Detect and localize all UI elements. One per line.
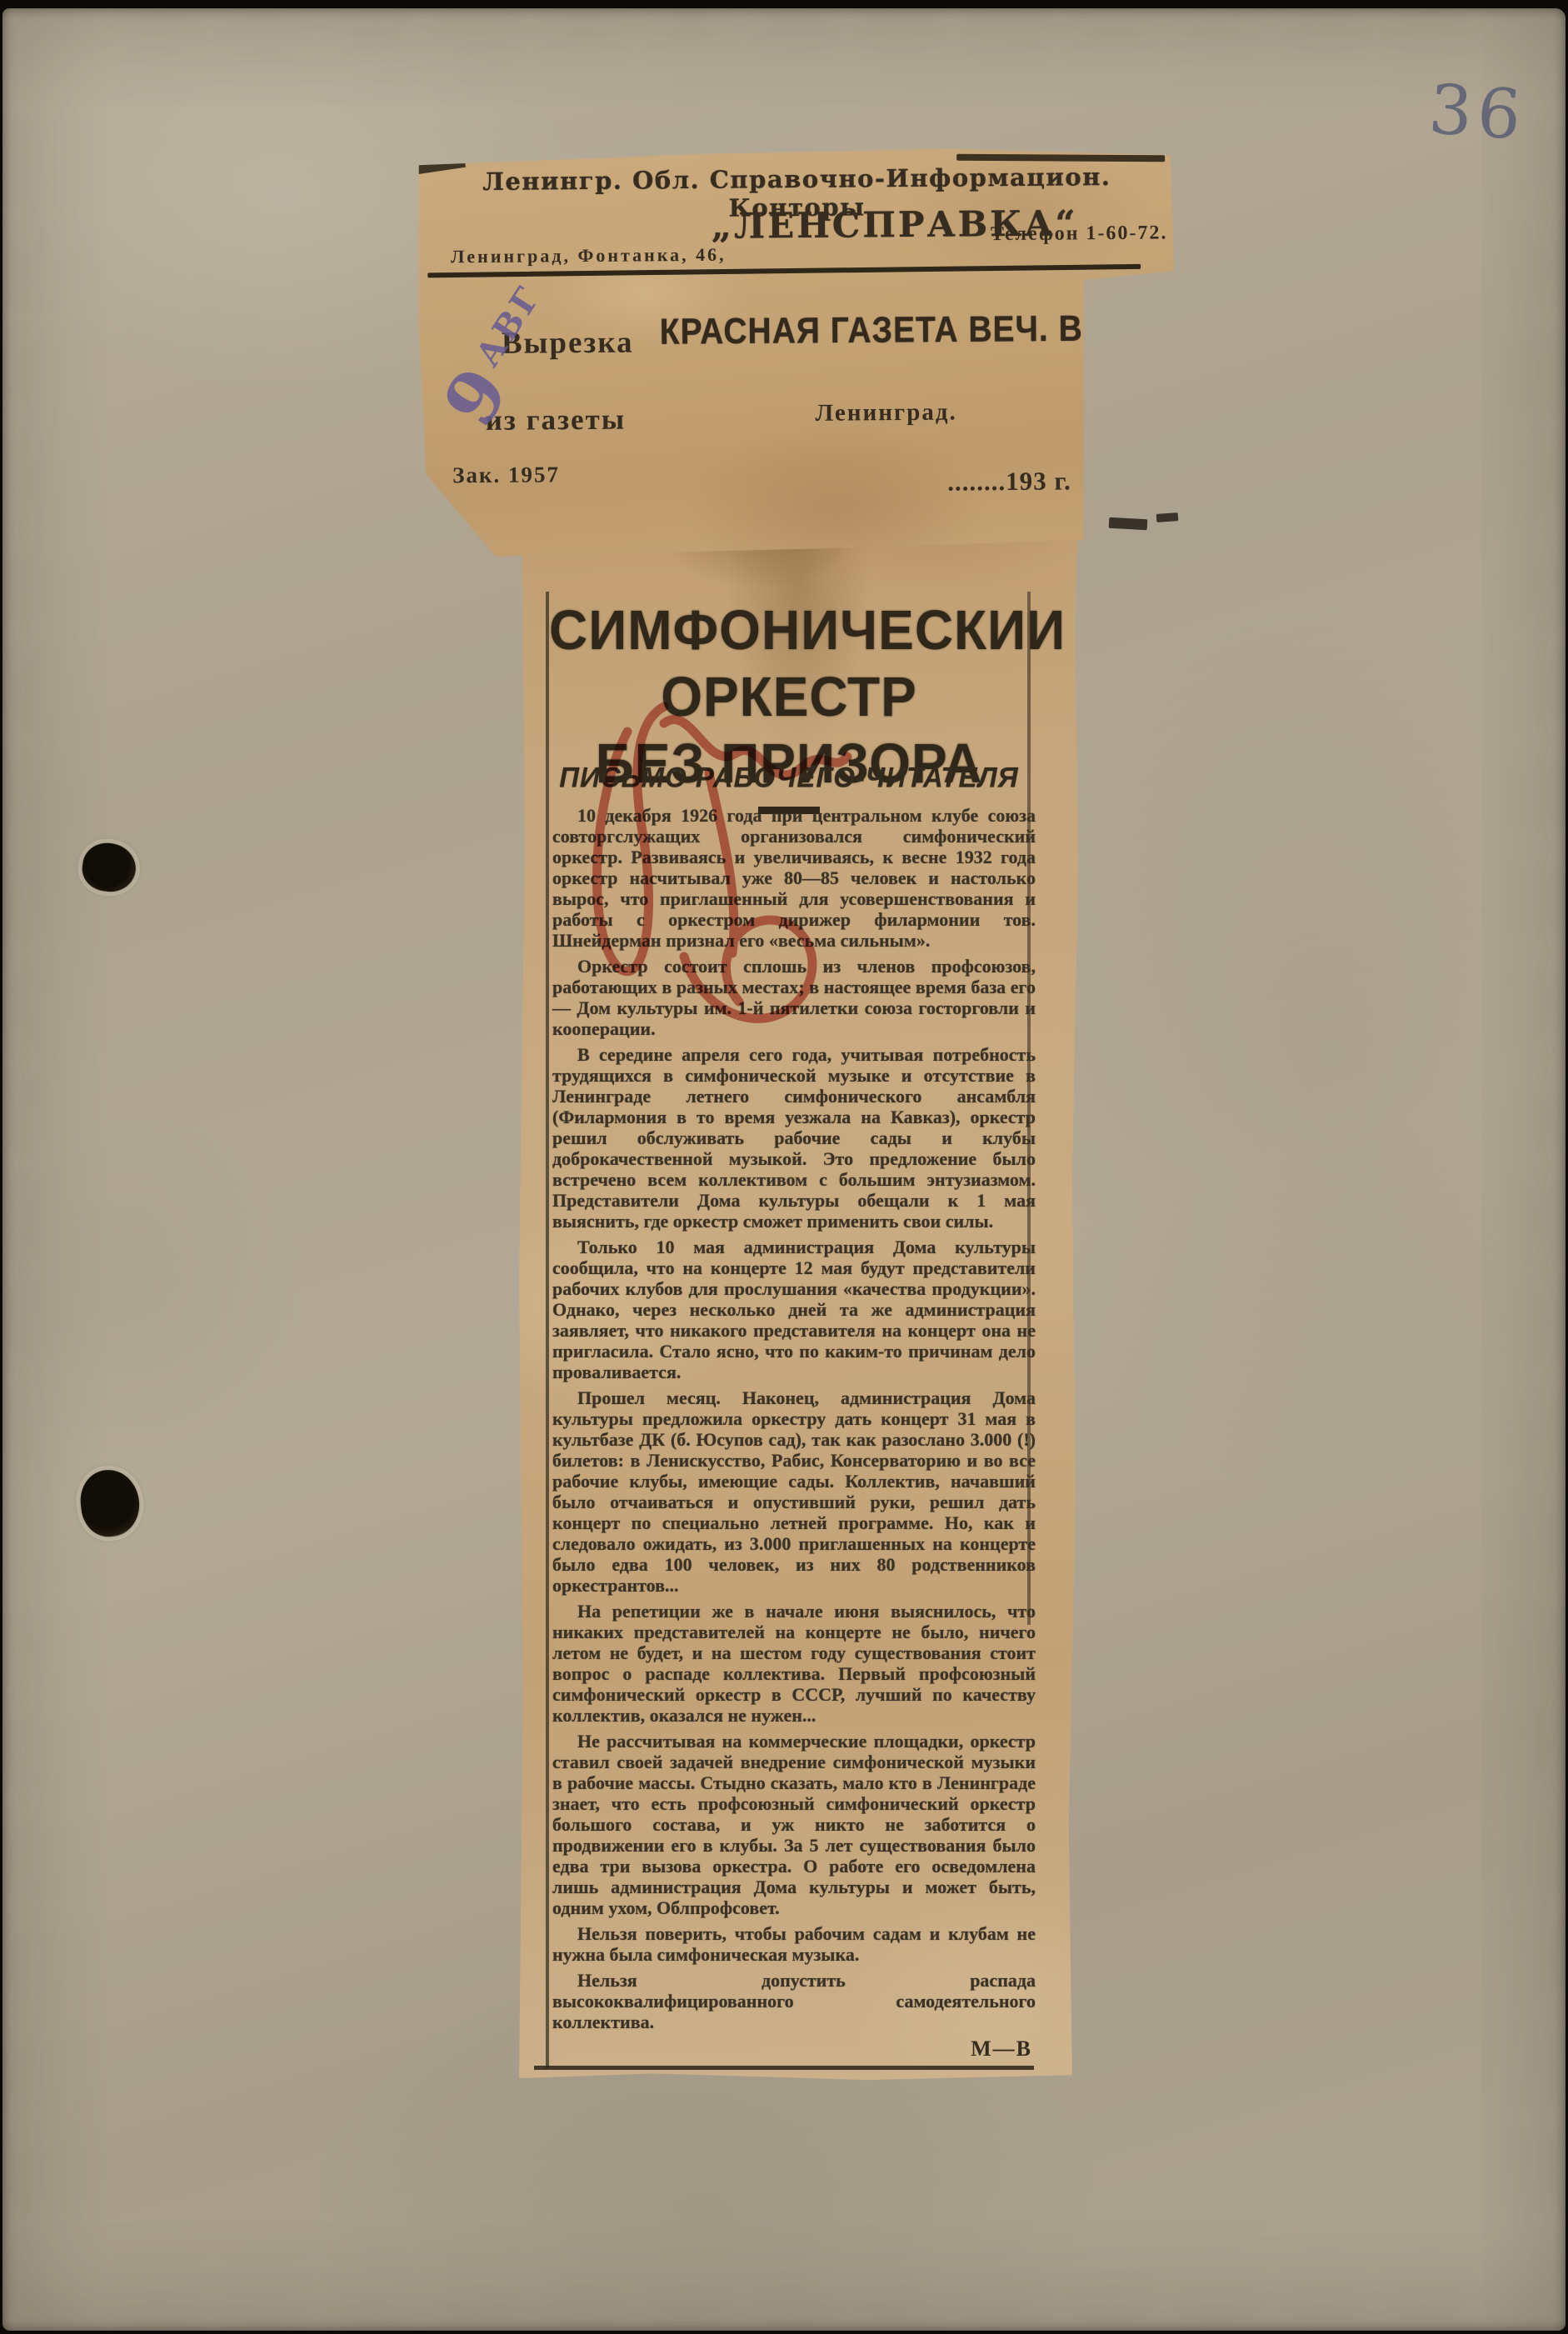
letterhead-address: Ленинград, Фонтанка, 46, (451, 244, 727, 268)
article-subtitle: ПИСЬМО РАБОЧЕГО-ЧИТАТЕЛЯ (549, 761, 1029, 794)
newspaper-clipping: СИМФОНИЧЕСКИИОРКЕСТРБЕЗ ПРИЗОРА ПИСЬМО Р… (517, 473, 1081, 2082)
order-number: Зак. 1957 (452, 462, 560, 488)
letterhead-phone: Телефон 1-60-72. (991, 222, 1168, 246)
article-paragraph: На репетиции же в начале июня выяснилось… (552, 1601, 1036, 1726)
ink-mark (1109, 517, 1148, 530)
newspaper-city: Ленинград. (815, 398, 956, 427)
punch-hole-bottom (77, 1467, 142, 1540)
ink-mark (1156, 512, 1179, 522)
article-paragraph: В середине апреля сего года, учитывая по… (552, 1044, 1036, 1232)
archive-scan-page: 36 СИМФОНИЧЕСКИИОРКЕСТРБЕЗ ПРИЗОРА ПИСЬМ… (0, 0, 1568, 2334)
article-paragraph: Прошел месяц. Наконец, администрация Дом… (552, 1387, 1036, 1596)
date-blank-line: ........193 г. (947, 466, 1071, 497)
article-paragraph: Нельзя поверить, чтобы рабочим садам и к… (552, 1923, 1036, 1965)
article-paragraph: Оркестр состоит сплошь из членов профсою… (552, 956, 1036, 1039)
slip-top-tear (956, 154, 1165, 162)
newspaper-name: КРАСНАЯ ГАЗЕТА ВЕЧ. ВЫП. (660, 308, 1150, 353)
cutout-label-line2: из газеты (485, 403, 626, 437)
lenspravka-letterhead-slip: Ленингр. Обл. Справочно-Информацион. Кон… (415, 147, 1178, 559)
clipping-bottom-rule (534, 2066, 1034, 2070)
article-paragraph: Нельзя допустить распада высококвалифици… (552, 1970, 1036, 2032)
article-paragraph: Не рассчитывая на коммерческие площадки,… (552, 1731, 1036, 1918)
handwritten-archive-number: 36 (1426, 70, 1529, 156)
article-paragraph: 10 декабря 1926 года при центральном клу… (552, 805, 1036, 951)
article-signature: М—В (971, 2037, 1032, 2062)
headline-line: ОРКЕСТР (549, 662, 1029, 732)
punch-hole-top (79, 840, 138, 895)
cutout-label-line1: Вырезка (502, 325, 634, 362)
headline-line: СИМФОНИЧЕСКИИ (549, 595, 1029, 665)
article-body: 10 декабря 1926 года при центральном клу… (552, 805, 1036, 2037)
article-paragraph: Только 10 мая администрация Дома культур… (552, 1237, 1036, 1382)
archive-sheet: 36 СИМФОНИЧЕСКИИОРКЕСТРБЕЗ ПРИЗОРА ПИСЬМ… (2, 8, 1566, 2331)
